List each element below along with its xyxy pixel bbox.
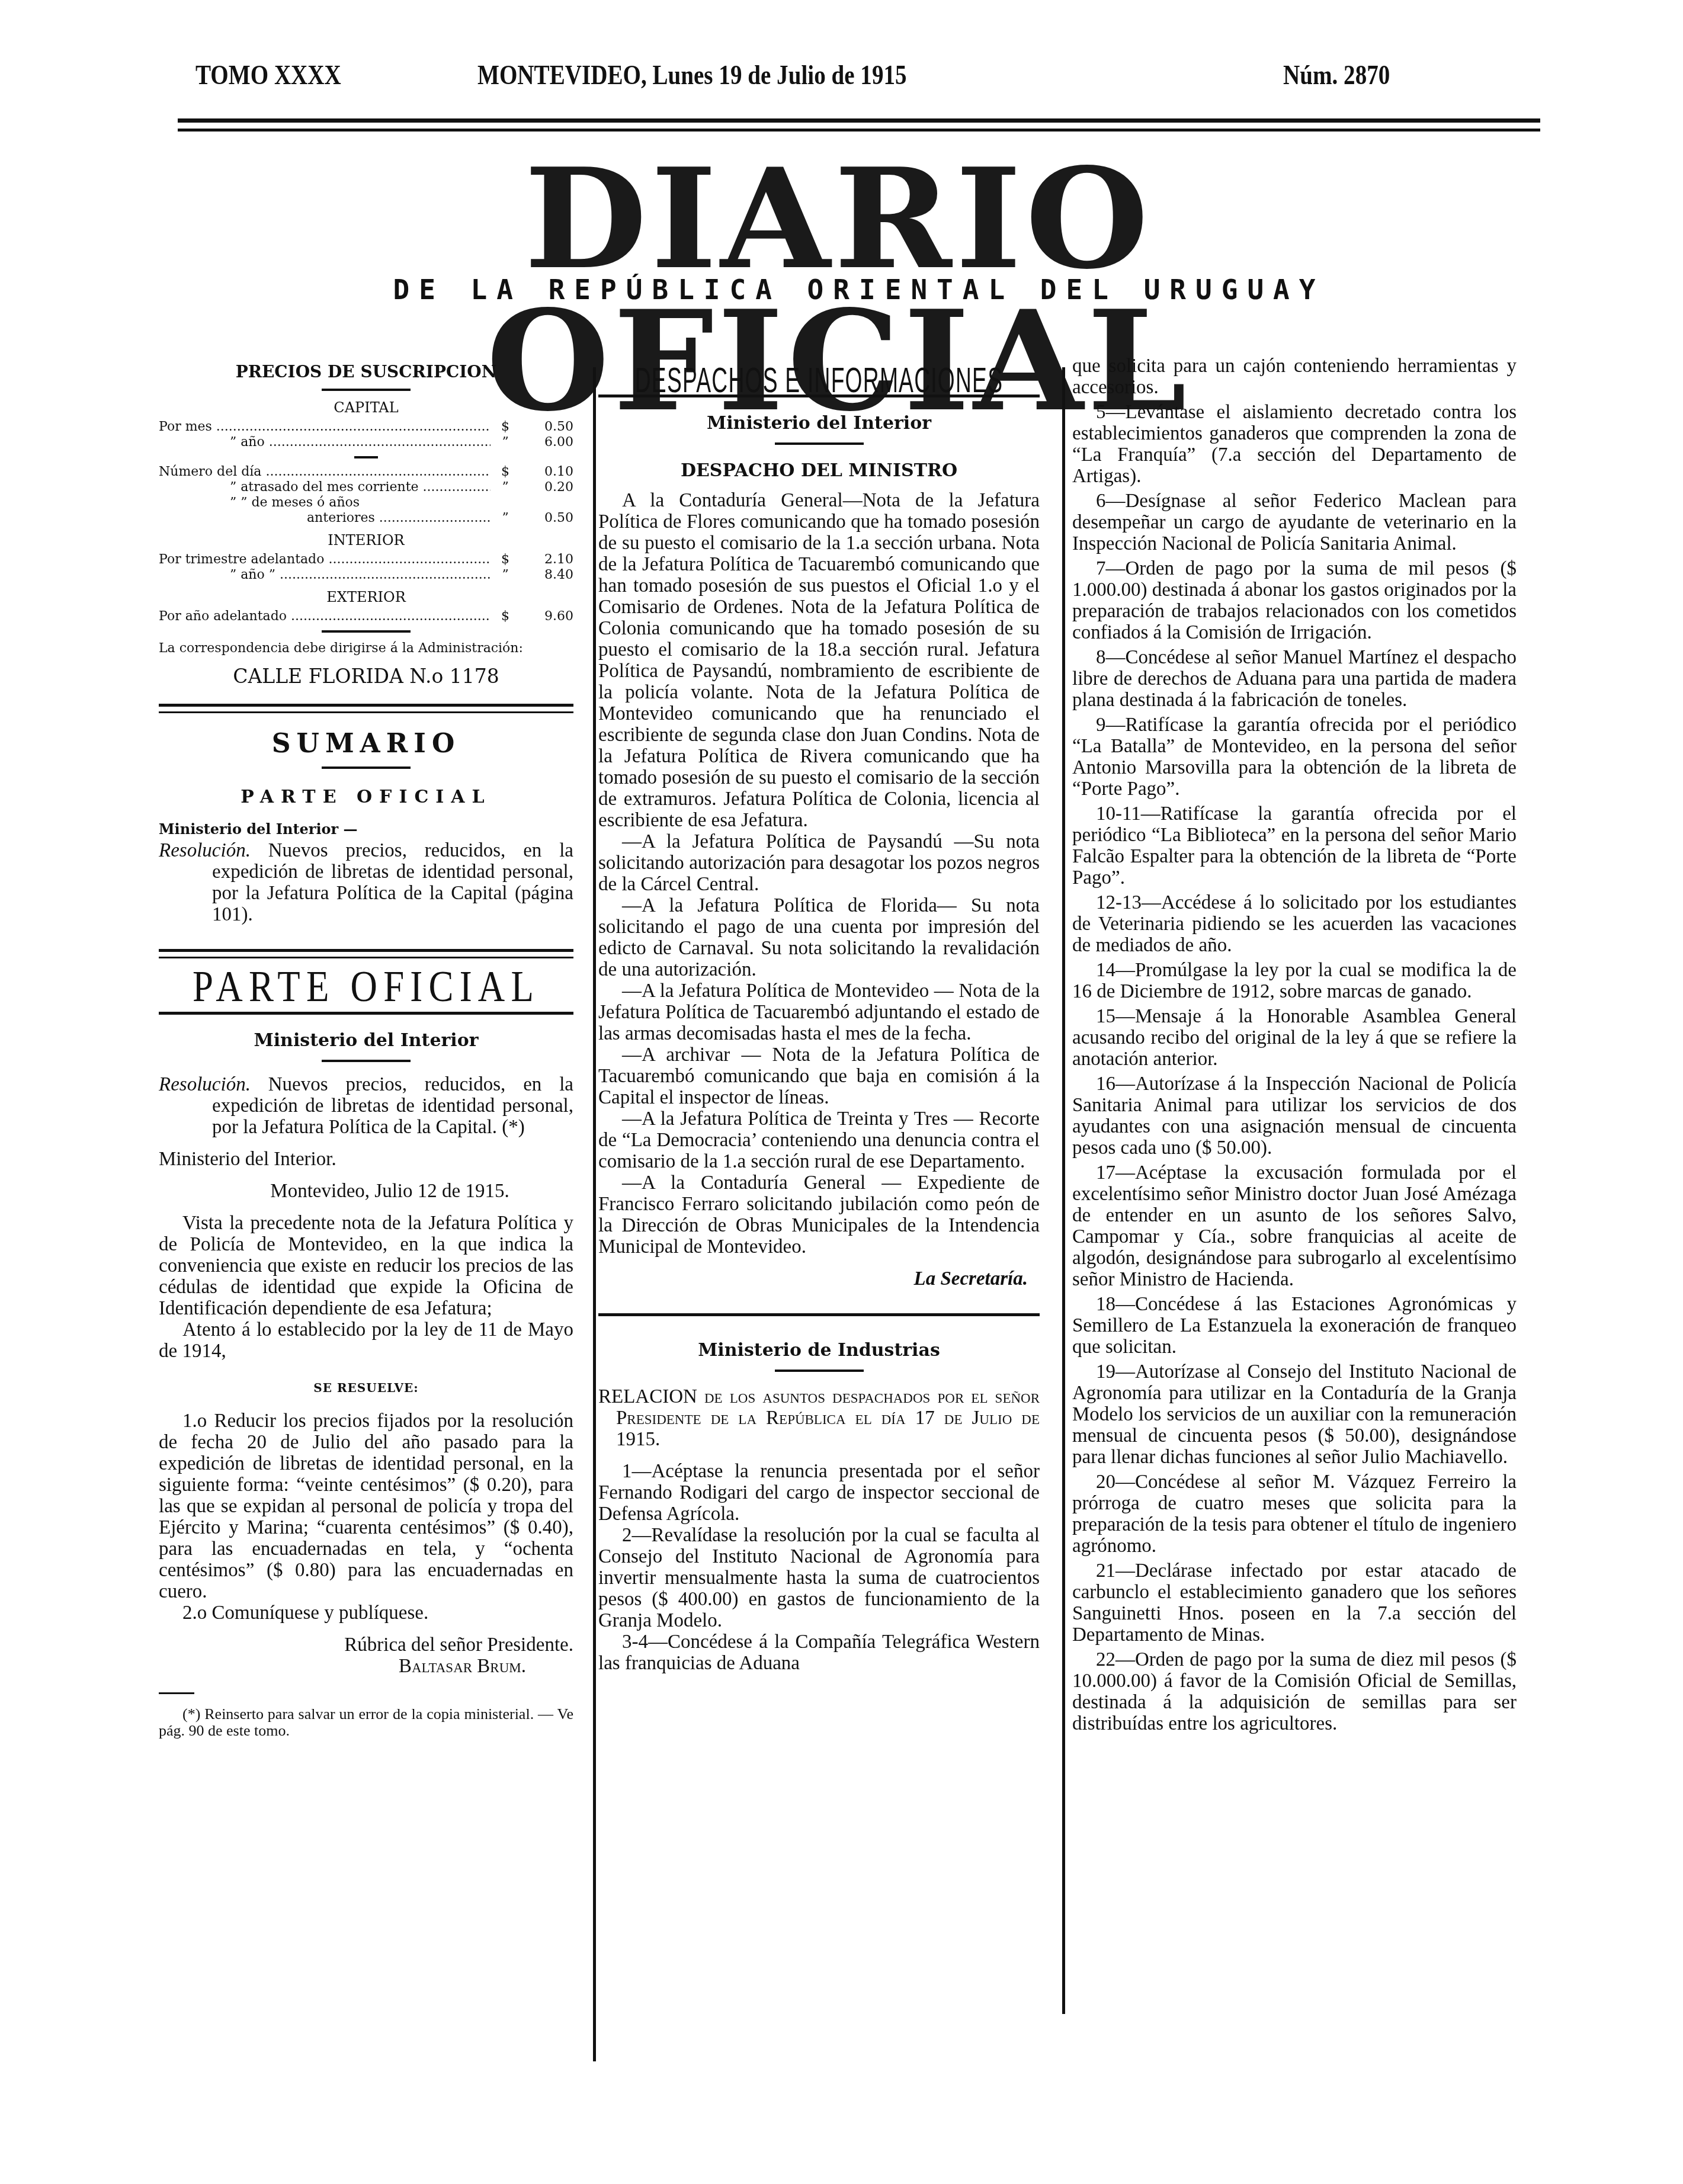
dateline: Montevideo, Julio 12 de 1915. — [159, 1181, 573, 1202]
price-value — [520, 495, 573, 511]
entry-text: Nuevos precios, reducidos, en la expedic… — [212, 840, 573, 925]
sumario-title: SUMARIO — [159, 733, 573, 755]
section-rule — [159, 957, 573, 958]
issue-date: MONTEVIDEO, Lunes 19 de Julio de 1915 — [477, 59, 907, 91]
divider — [322, 767, 411, 769]
section-rule — [159, 1012, 573, 1015]
relacion-item: 18—Concédese á las Estaciones Agronómica… — [1072, 1294, 1517, 1358]
relacion-item: 14—Promúlgase la ley por la cual se modi… — [1072, 960, 1517, 1002]
price-row: Por trimestre adelantado$2.10 — [159, 552, 573, 567]
despachos-signature: La Secretaría. — [598, 1268, 1040, 1290]
despachos-title: DESPACHOS E INFORMACIONES — [609, 370, 1030, 391]
parte-oficial-title: PARTE OFICIAL — [190, 976, 543, 998]
correspondence-note: La correspondencia debe dirigirse á la A… — [159, 641, 573, 656]
relacion-item: 3-4—Concédese á la Compañía Telegráfica … — [598, 1631, 1040, 1674]
price-row: ” ” de meses ó años — [159, 495, 573, 511]
sumario-ministry: Ministerio del Interior — — [159, 819, 573, 840]
divider — [775, 442, 864, 445]
dispatch-paragraph: —A archivar — Nota de la Jefatura Políti… — [598, 1044, 1040, 1108]
divider — [354, 456, 378, 458]
price-label: ” año ” — [159, 567, 491, 583]
interior-label: INTERIOR — [159, 530, 573, 551]
dispatch-paragraph: —A la Contaduría General — Expediente de… — [598, 1172, 1040, 1258]
currency-symbol: ” — [491, 480, 520, 495]
exterior-label: EXTERIOR — [159, 586, 573, 608]
relacion-item: 20—Concédese al señor M. Vázquez Ferreir… — [1072, 1471, 1517, 1557]
article-paragraph: 2.o Comuníquese y publíquese. — [159, 1602, 573, 1624]
volume-label: TOMO XXXX — [195, 59, 341, 91]
relacion-item: 21—Declárase infectado por estar atacado… — [1072, 1560, 1517, 1646]
price-row: anteriores”0.50 — [159, 511, 573, 526]
entry-label: Resolución. — [159, 840, 251, 861]
masthead-rule-bottom — [178, 129, 1540, 132]
divider — [322, 389, 411, 391]
price-label: Por mes — [159, 419, 491, 435]
column-right: que solicita para un cajón conteniendo h… — [1072, 355, 1517, 1738]
footnote: (*) Reinserto para salvar un error de la… — [159, 1706, 573, 1739]
capital-price-table: Por mes$0.50” año”6.00 — [159, 419, 573, 450]
price-value: 0.20 — [520, 480, 573, 495]
column-divider-1 — [593, 367, 596, 2061]
price-value: 6.00 — [520, 435, 573, 450]
industrias-items-continued: que solicita para un cajón conteniendo h… — [1072, 355, 1517, 1734]
masthead-topline: TOMO XXXX MONTEVIDEO, Lunes 19 de Julio … — [195, 59, 1278, 95]
interior-price-table: Por trimestre adelantado$2.10” año ””8.4… — [159, 552, 573, 583]
section-rule — [598, 1313, 1040, 1316]
price-label: ” atrasado del mes corriente — [159, 480, 491, 495]
masthead-rule-top — [178, 118, 1540, 123]
price-label: anteriores — [159, 511, 491, 526]
resolution-summary: Resolución. Nuevos precios, reducidos, e… — [159, 1074, 573, 1138]
single-issue-price-table: Número del día$0.10” atrasado del mes co… — [159, 464, 573, 526]
resolution-articles: 1.o Reducir los precios fijados por la r… — [159, 1410, 573, 1624]
relacion-item: 2—Revalídase la resolución por la cual s… — [598, 1525, 1040, 1631]
currency-symbol: $ — [491, 419, 520, 435]
divider — [322, 1060, 411, 1062]
exterior-price-table: Por año adelantado$9.60 — [159, 609, 573, 624]
relacion-item: 5—Levántase el aislamiento decretado con… — [1072, 402, 1517, 487]
subsection-heading: DESPACHO DEL MINISTRO — [598, 460, 1040, 482]
resolution-summary-text: Nuevos precios, reducidos, en la expedic… — [212, 1074, 573, 1138]
price-row: Por mes$0.50 — [159, 419, 573, 435]
currency-symbol: $ — [491, 609, 520, 624]
relacion-item: 7—Orden de pago por la suma de mil pesos… — [1072, 558, 1517, 643]
price-label: Número del día — [159, 464, 491, 480]
column-middle: DESPACHOS E INFORMACIONES Ministerio del… — [598, 355, 1040, 1674]
column-divider-2 — [1062, 367, 1065, 2014]
dispatch-paragraph: —A la Jefatura Política de Florida— Su n… — [598, 895, 1040, 980]
currency-symbol: $ — [491, 552, 520, 567]
relacion-item: 12-13—Accédese á lo solicitado por los e… — [1072, 892, 1517, 956]
capital-label: CAPITAL — [159, 397, 573, 418]
price-label: Por trimestre adelantado — [159, 552, 491, 567]
price-label: ” ” de meses ó años — [159, 495, 491, 511]
price-value: 2.10 — [520, 552, 573, 567]
currency-symbol: ” — [491, 511, 520, 526]
relacion-item: 16—Autorízase á la Inspección Nacional d… — [1072, 1073, 1517, 1159]
relacion-item: 10-11—Ratifícase la garantía ofrecida po… — [1072, 803, 1517, 889]
signatory: Baltasar Brum. — [159, 1656, 573, 1677]
price-value: 0.50 — [520, 419, 573, 435]
subscription-heading: PRECIOS DE SUSCRIPCION — [159, 361, 573, 383]
newspaper-subtitle: DE LA REPÚBLICA ORIENTAL DEL URUGUAY — [178, 274, 1540, 306]
currency-symbol: ” — [491, 567, 520, 583]
resolution-label: Resolución. — [159, 1074, 251, 1095]
resolves-label: SE RESUELVE: — [159, 1377, 573, 1399]
sumario-section: PARTE OFICIAL — [159, 787, 573, 808]
ministry-heading: Ministerio del Interior — [159, 1030, 573, 1051]
price-label: ” año — [159, 435, 491, 450]
relacion-item: que solicita para un cajón conteniendo h… — [1072, 355, 1517, 398]
currency-symbol — [491, 495, 520, 511]
price-label: Por año adelantado — [159, 609, 491, 624]
signature-line: Rúbrica del señor Presidente. — [159, 1634, 573, 1656]
industrias-items: 1—Acéptase la renuncia presentada por el… — [598, 1461, 1040, 1674]
relacion-intro: RELACION de los asuntos despachados por … — [598, 1386, 1040, 1450]
relacion-item: 1—Acéptase la renuncia presentada por el… — [598, 1461, 1040, 1525]
column-left: PRECIOS DE SUSCRIPCION CAPITAL Por mes$0… — [159, 355, 573, 1739]
price-value: 0.50 — [520, 511, 573, 526]
price-row: Número del día$0.10 — [159, 464, 573, 480]
ministry-heading: Ministerio del Interior — [598, 413, 1040, 434]
section-rule — [159, 949, 573, 952]
preamble-paragraph: Vista la precedente nota de la Jefatura … — [159, 1213, 573, 1319]
price-value: 0.10 — [520, 464, 573, 480]
price-row: ” año”6.00 — [159, 435, 573, 450]
ministry-heading: Ministerio de Industrias — [598, 1340, 1040, 1361]
dispatch-paragraph: —A la Jefatura Política de Paysandú —Su … — [598, 831, 1040, 895]
sumario-entry: Resolución. Nuevos precios, reducidos, e… — [159, 840, 573, 925]
price-row: Por año adelantado$9.60 — [159, 609, 573, 624]
resolution-preamble: Vista la precedente nota de la Jefatura … — [159, 1213, 573, 1362]
relacion-item: 19—Autorízase al Consejo del Instituto N… — [1072, 1361, 1517, 1468]
price-row: ” año ””8.40 — [159, 567, 573, 583]
relacion-item: 6—Desígnase al señor Federico Maclean pa… — [1072, 490, 1517, 554]
relacion-item: 9—Ratifícase la garantía ofrecida por el… — [1072, 714, 1517, 800]
issuer: Ministerio del Interior. — [159, 1149, 573, 1170]
despachos-body: A la Contaduría General—Nota de la Jefat… — [598, 490, 1040, 1258]
currency-symbol: ” — [491, 435, 520, 450]
relacion-item: 22—Orden de pago por la suma de diez mil… — [1072, 1649, 1517, 1734]
preamble-paragraph: Atento á lo establecido por la ley de 11… — [159, 1319, 573, 1362]
relacion-item: 17—Acéptase la excusación formulada por … — [1072, 1162, 1517, 1290]
dispatch-paragraph: —A la Jefatura Política de Montevideo — … — [598, 980, 1040, 1044]
price-value: 8.40 — [520, 567, 573, 583]
relacion-item: 8—Concédese al señor Manuel Martínez el … — [1072, 647, 1517, 711]
dispatch-paragraph: A la Contaduría General—Nota de la Jefat… — [598, 490, 1040, 831]
administration-address: CALLE FLORIDA N.o 1178 — [159, 666, 573, 687]
currency-symbol: $ — [491, 464, 520, 480]
dispatch-paragraph: —A la Jefatura Política de Treinta y Tre… — [598, 1108, 1040, 1172]
relacion-item: 15—Mensaje á la Honorable Asamblea Gener… — [1072, 1006, 1517, 1070]
section-rule — [159, 711, 573, 713]
article-paragraph: 1.o Reducir los precios fijados por la r… — [159, 1410, 573, 1602]
price-row: ” atrasado del mes corriente”0.20 — [159, 480, 573, 495]
section-rule — [159, 704, 573, 707]
issue-number: Núm. 2870 — [1283, 59, 1390, 91]
footnote-rule — [159, 1692, 194, 1694]
newspaper-page: TOMO XXXX MONTEVIDEO, Lunes 19 de Julio … — [0, 0, 1683, 2184]
divider — [775, 1370, 864, 1372]
price-value: 9.60 — [520, 609, 573, 624]
divider — [322, 630, 411, 633]
